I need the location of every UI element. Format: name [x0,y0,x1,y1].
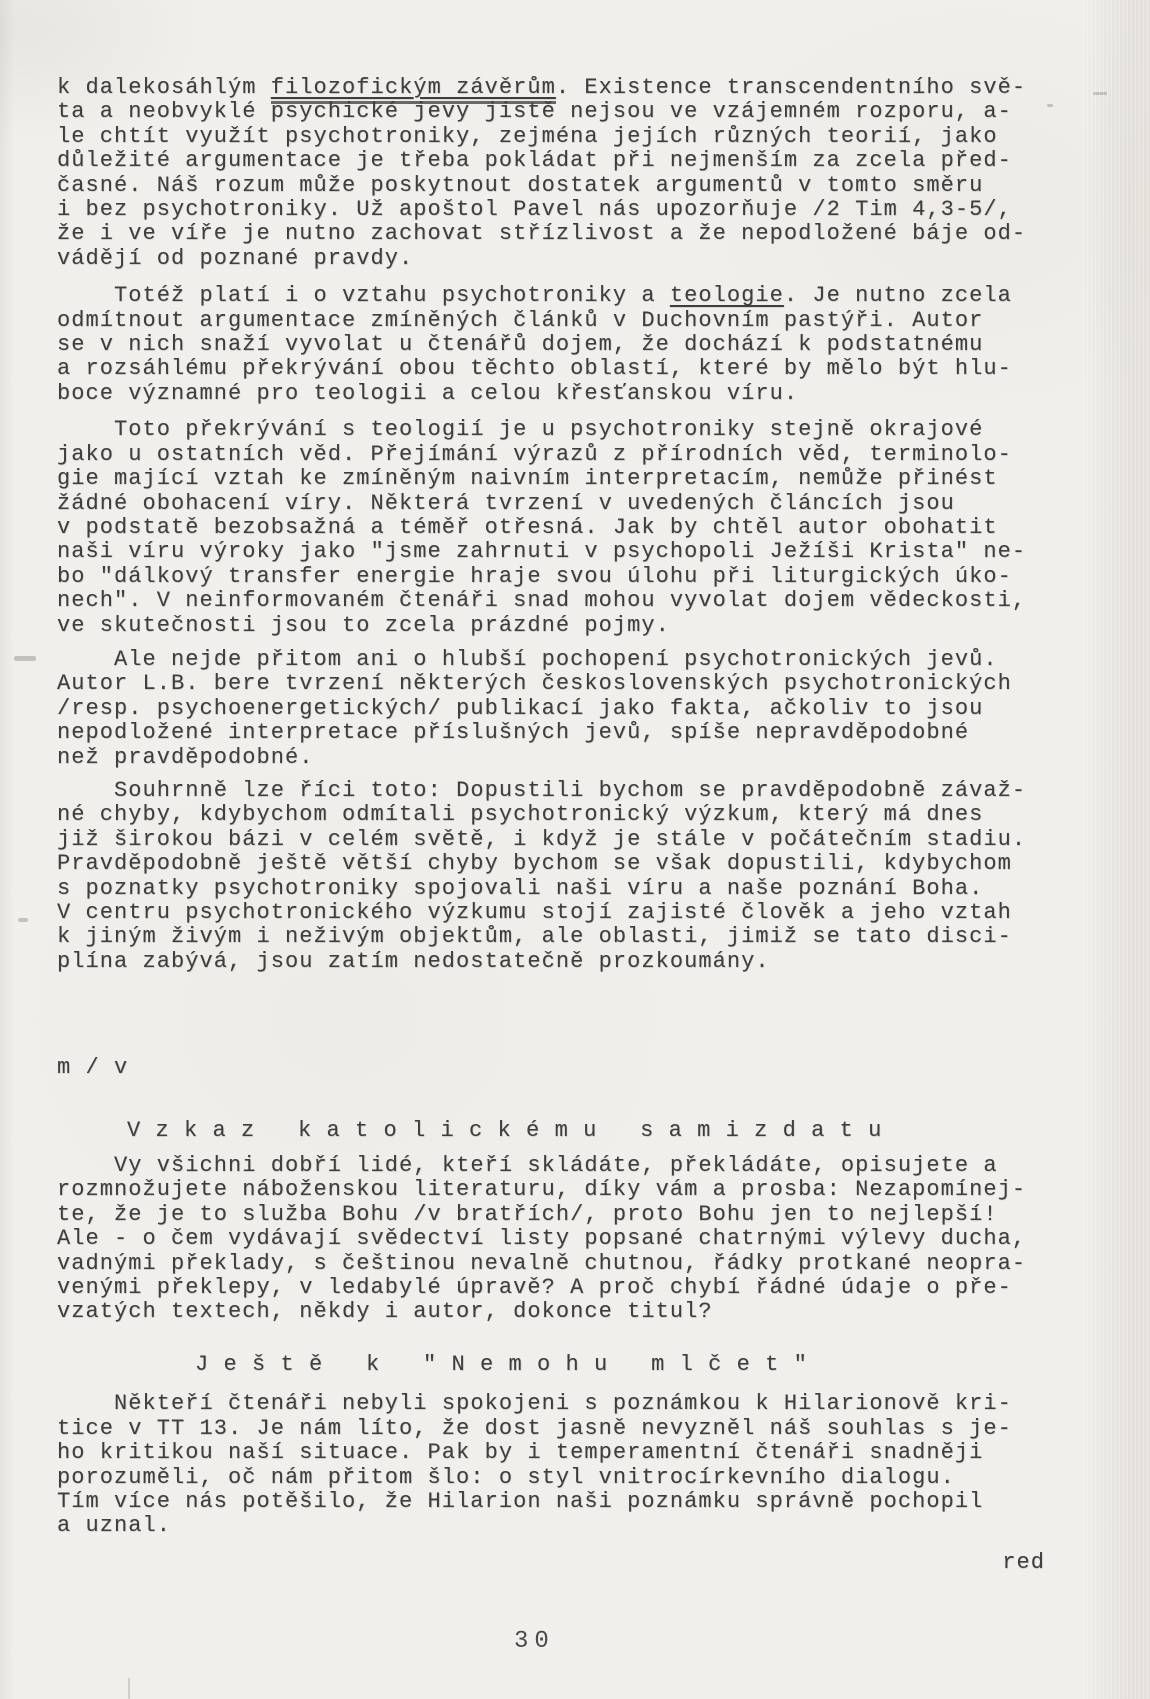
paragraph-text: Totéž platí i o vztahu psychotroniky a [57,283,670,308]
typewritten-text-block: k dalekosáhlým filozofickým závěrům. Exi… [0,0,1150,1575]
paragraph: Souhrnně lze říci toto: Dopustili bychom… [57,779,1087,974]
author-initials: m / v [57,1056,1087,1080]
paragraph: Někteří čtenáři nebyli spokojeni s pozná… [57,1392,1087,1538]
page-number: 30 [514,1628,555,1655]
paragraph: k dalekosáhlým filozofickým závěrům. Exi… [57,76,1087,271]
underlined-phrase: teologie [670,283,784,308]
section-heading-nemohu-mlcet: J e š t ě k " N e m o h u m l č e t " [195,1353,1087,1377]
paragraph: Ale nejde přitom ani o hlubší pochopení … [57,648,1087,770]
scan-speck [128,1678,130,1699]
paragraph: Toto překrývání s teologií je u psychotr… [57,418,1087,638]
scanned-page: k dalekosáhlým filozofickým závěrům. Exi… [0,0,1150,1699]
section-heading-samizdat: V z k a z k a t o l i c k é m u s a m i … [127,1119,1087,1143]
paragraph: Totéž platí i o vztahu psychotroniky a t… [57,284,1087,406]
paragraph-text: . Existence transcendentního svě- ta a n… [57,75,1026,271]
editor-signature: red [57,1551,1045,1575]
paragraph: Vy všichni dobří lidé, kteří skládáte, p… [57,1154,1087,1325]
paragraph-text: k dalekosáhlým [57,75,271,100]
